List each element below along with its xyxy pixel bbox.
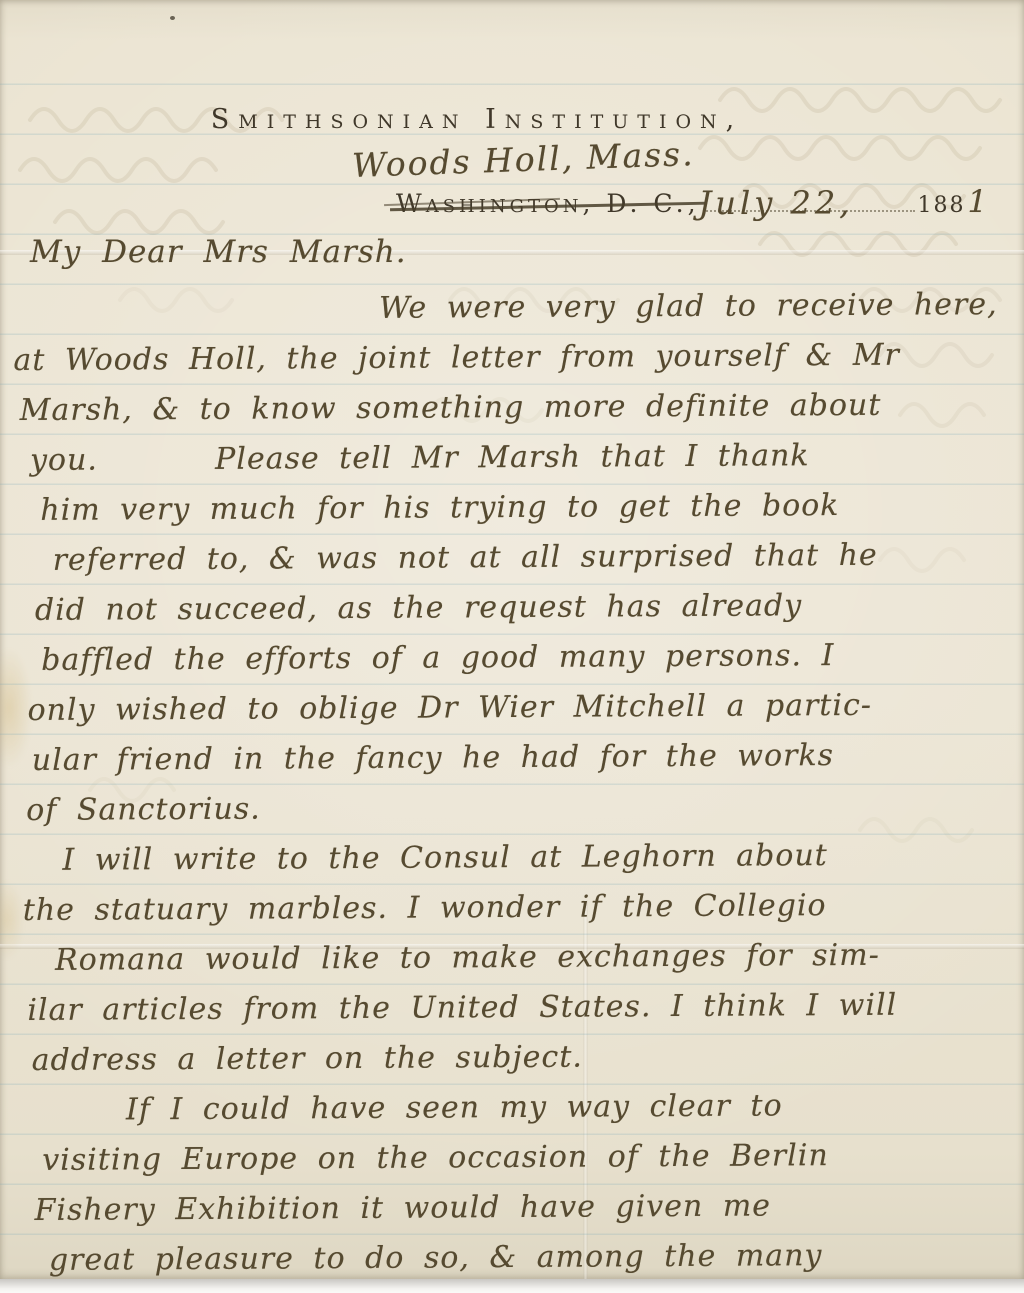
letter-line: ular friend in the fancy he had for the …: [14, 730, 1018, 786]
letter-line: Fishery Exhibition it would have given m…: [16, 1180, 1020, 1236]
letter-line: Romana would like to make exchanges for …: [15, 930, 1019, 986]
letter-line: I will write to the Consul at Leghorn ab…: [14, 830, 1018, 886]
letter-line: referred to, & was not at all surprised …: [12, 530, 1016, 586]
scan-background-strip: [0, 1279, 1024, 1293]
letterhead-institution: Smithsonian Institution,: [0, 104, 1024, 135]
salutation: My Dear Mrs Marsh.: [30, 234, 407, 270]
letter-line: did not succeed, as the request has alre…: [13, 580, 1017, 636]
letter-line: Marsh, & to know something more definite…: [12, 380, 1016, 436]
letterhead-place-handwritten: Woods Holl, Mass.: [351, 134, 695, 185]
date-year-printed: 188: [918, 193, 966, 218]
letter-line: visiting Europe on the occasion of the B…: [16, 1130, 1020, 1186]
date-month-day: July 22,: [699, 184, 854, 222]
letterhead-place-printed: Washington, D. C.,: [396, 189, 700, 218]
letter-body: We were very glad to receive here,at Woo…: [11, 280, 1021, 1286]
date-year-digit: 1: [968, 184, 988, 220]
letter-line: great pleasure to do so, & among the man…: [17, 1230, 1021, 1286]
letter-line: only wished to oblige Dr Wier Mitchell a…: [13, 680, 1017, 736]
letter-line: him very much for his trying to get the …: [12, 480, 1016, 536]
letter-line: at Woods Holl, the joint letter from you…: [11, 330, 1015, 386]
letter-line: you. Please tell Mr Marsh that I thank: [12, 430, 1016, 486]
letter-scan: Smithsonian Institution, Woods Holl, Mas…: [0, 0, 1024, 1293]
date-dotted-leader: July 22,: [703, 185, 915, 212]
letterhead: Smithsonian Institution, Woods Holl, Mas…: [0, 104, 1024, 135]
letter-line: We were very glad to receive here,: [11, 280, 1015, 336]
letter-line: address a letter on the subject.: [16, 1030, 1020, 1086]
letterhead-date-line: Washington, D. C.,July 22,1881: [396, 184, 987, 220]
letter-paper: Smithsonian Institution, Woods Holl, Mas…: [0, 0, 1024, 1279]
paper-speck: [170, 16, 175, 20]
letter-line: of Sanctorius.: [14, 780, 1018, 836]
letter-line: If I could have seen my way clear to: [16, 1080, 1020, 1136]
letter-line: baffled the efforts of a good many perso…: [13, 630, 1017, 686]
letter-line: ilar articles from the United States. I …: [15, 980, 1019, 1036]
letter-line: the statuary marbles. I wonder if the Co…: [15, 880, 1019, 936]
